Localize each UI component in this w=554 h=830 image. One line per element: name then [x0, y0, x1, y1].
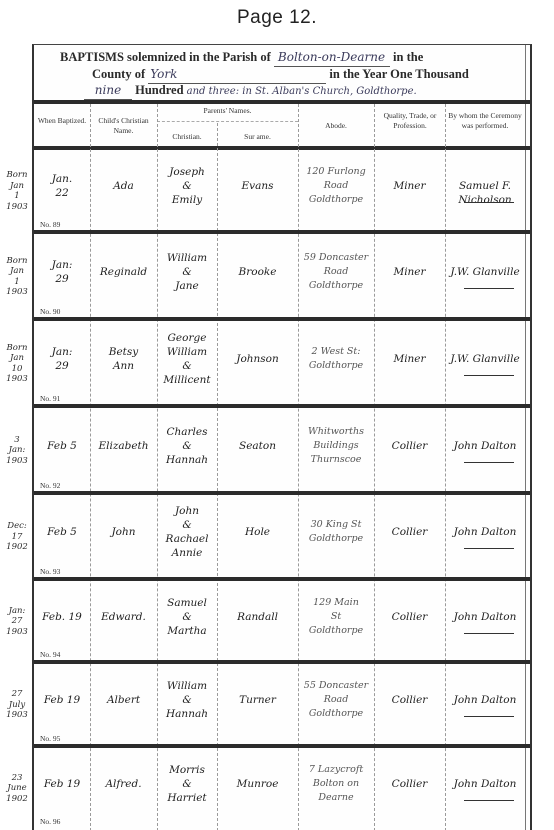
when-baptized: Jan: 29 [34, 258, 90, 286]
col-abode: Abode. [298, 121, 374, 131]
child-name: John [90, 525, 157, 539]
heading-line-1: BAPTISMS solemnized in the Parish of Bol… [60, 49, 423, 67]
col-rule [298, 104, 299, 830]
parents-surname: Seaton [217, 439, 298, 453]
abode: 7 Lazycroft Bolton on Dearne [298, 763, 374, 805]
birth-date-note: 27 July 1903 [2, 689, 32, 721]
heading-text: in the [393, 50, 423, 64]
entry-number: No. 96 [40, 817, 60, 826]
parents-christian: Morris & Harriet [157, 763, 217, 805]
col-rule [374, 104, 375, 830]
abode: 129 Main St Goldthorpe [298, 596, 374, 638]
col-child-name: Child's Christian Name. [90, 116, 157, 136]
row-divider [34, 491, 530, 495]
year-location-field: and three: in St. Alban's Church, Goldth… [187, 83, 417, 101]
abode: 2 West St: Goldthorpe [298, 345, 374, 373]
ceremony-by: John Dalton [445, 777, 525, 791]
parents-surname: Hole [217, 525, 298, 539]
ceremony-by: John Dalton [445, 693, 525, 707]
heading-text: BAPTISMS solemnized in the Parish of [60, 50, 271, 64]
entry-number: No. 91 [40, 394, 60, 403]
parents-christian: William & Jane [157, 251, 217, 293]
parents-subdivider [157, 121, 298, 122]
parents-surname: Evans [217, 179, 298, 193]
child-name: Edward. [90, 610, 157, 624]
inner-border [525, 45, 526, 830]
col-ceremony-by: By whom the Ceremony was performed. [446, 111, 524, 131]
child-name: Albert [90, 693, 157, 707]
parents-surname: Randall [217, 610, 298, 624]
heading-divider [34, 100, 530, 104]
birth-date-note: Born Jan 1 1903 [2, 256, 32, 298]
quality-trade: Collier [374, 777, 445, 791]
signature-underline [464, 716, 514, 717]
parents-christian: George William & Millicent [157, 331, 217, 387]
child-name: Reginald [90, 265, 157, 279]
row-divider [34, 577, 530, 581]
parents-surname: Brooke [217, 265, 298, 279]
birth-date-note: Born Jan 1 1903 [2, 170, 32, 212]
signature-underline [464, 548, 514, 549]
abode: 120 Furlong Road Goldthorpe [298, 165, 374, 207]
row-divider [34, 317, 530, 321]
signature-underline [464, 800, 514, 801]
signature-underline [464, 633, 514, 634]
col-parents-christian: Christian. [157, 132, 217, 142]
col-rule [90, 104, 91, 830]
col-when-baptized: When Baptized. [34, 116, 90, 126]
ceremony-by: John Dalton [445, 439, 525, 453]
parents-christian: Samuel & Martha [157, 596, 217, 638]
birth-date-note: Born Jan 10 1903 [2, 343, 32, 385]
col-parents-names: Parents' Names. [157, 106, 298, 116]
entry-number: No. 93 [40, 567, 60, 576]
signature-underline [464, 462, 514, 463]
birth-date-note: 3 Jan: 1903 [2, 435, 32, 467]
row-divider [34, 230, 530, 234]
entry-number: No. 95 [40, 734, 60, 743]
quality-trade: Miner [374, 265, 445, 279]
heading-text: in the Year One Thousand [329, 67, 468, 81]
entry-number: No. 90 [40, 307, 60, 316]
page-title: Page 12. [0, 7, 554, 29]
entry-number: No. 92 [40, 481, 60, 490]
baptism-register: BAPTISMS solemnized in the Parish of Bol… [32, 44, 532, 830]
parents-christian: John & Rachael Annie [157, 504, 217, 560]
parents-surname: Munroe [217, 777, 298, 791]
child-name: Ada [90, 179, 157, 193]
quality-trade: Collier [374, 693, 445, 707]
abode: 59 Doncaster Road Goldthorpe [298, 251, 374, 293]
when-baptized: Feb 19 [34, 693, 90, 707]
parents-christian: Joseph & Emily [157, 165, 217, 207]
when-baptized: Feb 5 [34, 439, 90, 453]
row-divider [34, 660, 530, 664]
col-rule [445, 104, 446, 830]
when-baptized: Jan. 22 [34, 172, 90, 200]
quality-trade: Miner [374, 352, 445, 366]
ceremony-by: John Dalton [445, 610, 525, 624]
row-divider [34, 744, 530, 748]
parents-christian: William & Hannah [157, 679, 217, 721]
parents-surname: Turner [217, 693, 298, 707]
when-baptized: Feb 5 [34, 525, 90, 539]
birth-date-note: 23 June 1902 [2, 773, 32, 805]
birth-date-note: Jan: 27 1903 [2, 606, 32, 638]
ceremony-by: J.W. Glanville [445, 352, 525, 366]
when-baptized: Jan: 29 [34, 345, 90, 373]
heading-line-3: nine Hundred and three: in St. Alban's C… [84, 82, 417, 101]
signature-underline [464, 288, 514, 289]
header-divider [34, 146, 530, 150]
row-divider [34, 404, 530, 408]
heading-text: Hundred [135, 83, 183, 97]
entry-number: No. 94 [40, 650, 60, 659]
hundreds-field: nine [84, 82, 132, 100]
quality-trade: Miner [374, 179, 445, 193]
when-baptized: Feb 19 [34, 777, 90, 791]
parish-field: Bolton-on-Dearne [274, 49, 390, 67]
child-name: Betsy Ann [90, 345, 157, 373]
abode: 55 Doncaster Road Goldthorpe [298, 679, 374, 721]
heading-text: County of [92, 67, 145, 81]
ceremony-by: J.W. Glanville [445, 265, 525, 279]
child-name: Alfred. [90, 777, 157, 791]
parents-surname: Johnson [217, 352, 298, 366]
parents-christian: Charles & Hannah [157, 425, 217, 467]
col-rule [157, 104, 158, 830]
when-baptized: Feb. 19 [34, 610, 90, 624]
entry-number: No. 89 [40, 220, 60, 229]
abode: Whitworths Buildings Thurnscoe [298, 425, 374, 467]
ceremony-by: John Dalton [445, 525, 525, 539]
col-quality: Quality, Trade, or Profession. [378, 111, 442, 131]
signature-underline [464, 202, 514, 203]
birth-date-note: Dec: 17 1902 [2, 521, 32, 553]
quality-trade: Collier [374, 610, 445, 624]
signature-underline [464, 375, 514, 376]
abode: 30 King St Goldthorpe [298, 518, 374, 546]
child-name: Elizabeth [90, 439, 157, 453]
register-heading: BAPTISMS solemnized in the Parish of Bol… [34, 45, 530, 97]
quality-trade: Collier [374, 439, 445, 453]
col-parents-surname: Sur ame. [217, 132, 298, 142]
quality-trade: Collier [374, 525, 445, 539]
